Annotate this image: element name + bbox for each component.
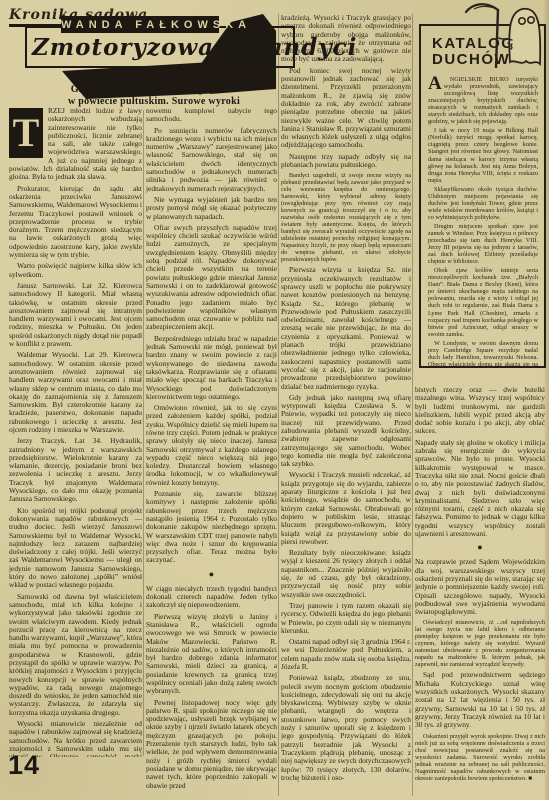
paragraph: W Londynie, w swoim dawnym domu przy Cam…: [428, 340, 538, 368]
paragraph: Sarnowski od dawna był właścicielem samo…: [9, 593, 142, 717]
paragraph: Wysocki i Traczyk musieli odczekać, aż k…: [281, 471, 411, 546]
paragraph: Rezultaty były nieoczekiwane: ksiądz wyj…: [281, 549, 411, 599]
paragraph: Sklasyfikowano około tysiąca duchów. Ulu…: [428, 186, 538, 221]
paragraph: Gdy jednak jako następną swą ofiarę wyty…: [281, 394, 411, 469]
column-rule: [412, 14, 413, 796]
paragraph: Sąd pod przewodnictwem sędziego Michała …: [415, 671, 545, 729]
column-rule: [278, 14, 279, 796]
paragraph: Pod koniec swej nocnej wizyty postanowil…: [281, 67, 411, 150]
paragraph: Bandyci uzgodnili, iż swoje nocne wizyty…: [281, 172, 411, 263]
paragraph: NGIELSKIE BIURO turystyki wydało przewod…: [428, 76, 538, 125]
article-column-4: bistych rzeczy oraz — dwie butelki mszal…: [415, 386, 545, 796]
paragraph: Waldemar Wysocki. Lat 29. Kierowca samoc…: [9, 351, 142, 434]
article-column-1: T RZEJ młodzi ludzie z ławy oskarżonych …: [9, 107, 142, 757]
article-column-2: nowemu kumplowi nabycie tego samochodu.P…: [146, 107, 277, 798]
paragraph: Obok zjaw królów istnieje seria nieszczę…: [428, 267, 538, 337]
paragraph: Oświadczył mianowicie, iż ...od najmłods…: [415, 619, 545, 668]
paragraph: Prokurator, kierując do sądu akt oskarże…: [9, 185, 142, 260]
ghost-cartoon: [452, 0, 548, 80]
paragraph: Następne trzy napady odbyły się na pleba…: [281, 153, 411, 170]
paragraph: kradzieżą. Wysocki i Traczyk grasujący p…: [281, 14, 411, 64]
paragraph: nowemu kumplowi nabycie tego samochodu.: [146, 107, 277, 124]
newspaper-page: Kronika sądowa WANDA FAŁKOWSKA Zmotoryzo…: [0, 0, 549, 800]
section-separator: ●: [415, 543, 545, 552]
paragraph: Pierwszą wizytę złożyli u Janiny i Stani…: [146, 613, 277, 696]
paragraph: Ostatni napad odbył się 3 grudnia 1964 r…: [281, 638, 411, 671]
paragraph: Pewnej listopadowej nocy więc gdy państw…: [146, 699, 277, 790]
paragraph: Napady stały się głośne w okolicy i mili…: [415, 439, 545, 539]
paragraph: W ciągu niecałych trzech tygodni bandyci…: [146, 585, 277, 610]
page-number: 14: [8, 750, 40, 781]
drop-cap-a: A: [428, 76, 442, 91]
column-rule: [143, 110, 144, 756]
paragraph: Janusz Sarnowski. Lat 32. Kierowca samoc…: [9, 282, 142, 348]
intro-line-1: Głośna sprawa napadów na plebanie: [71, 84, 238, 95]
paragraph: Jerzy Traczyk. Lat 34. Hydraulik, zatrud…: [9, 437, 142, 503]
paragraph: Ponieważ ksiądz, zbudzony ze snu, poleci…: [281, 674, 411, 782]
article-column-3: kradzieżą. Wysocki i Traczyk grasujący p…: [281, 14, 411, 798]
paragraph: Kto spośród tej trójki podsunął projekt …: [9, 507, 142, 590]
drop-cap-t: T: [9, 108, 43, 158]
paragraph: Ofiar swych przyszłych napadów trzej wsp…: [146, 224, 277, 332]
author-banner: WANDA FAŁKOWSKA: [61, 16, 219, 33]
sidebar-text: A NGIELSKIE BIURO turystyki wydało przew…: [428, 76, 538, 368]
paragraph: Na rozprawie przed Sądem Wojewódzkim dla…: [415, 558, 545, 616]
paragraph: Bezpośredniego udziału brać w napadzie j…: [146, 335, 277, 401]
ghost-with-scythe-icon: [452, 0, 548, 80]
paragraph: Po usunięciu numerów fabrycznych kradzio…: [146, 127, 277, 193]
paragraph: Pierwsza wizyta u księdza Sz. nie przyni…: [281, 266, 411, 390]
section-separator: ●: [146, 570, 277, 579]
paragraph: Omówiono również, jak to się czyni przed…: [146, 404, 277, 487]
paragraph: Trzej panowie i tym razem okazali się ry…: [281, 602, 411, 635]
headline: Zmotoryzowani bandyci: [32, 34, 280, 61]
intro-line-2: w powiecie pułtuskim. Surowe wyroki: [68, 96, 240, 107]
paragraph: I tak w nocy 19 maja w Bilking Hall (Nor…: [428, 127, 538, 183]
paragraph: Oskarżeni przyjęli wyrok spokojnie. Dwaj…: [415, 733, 545, 782]
paragraph: Nie wymaga wyjaśnień jak bardzo ten pros…: [146, 196, 277, 221]
paragraph: Warto poświęcić najpierw kilka słów ich …: [9, 262, 142, 279]
paragraph: Poznanie się, zawarcie bliższej komitywy…: [146, 490, 277, 565]
paragraph: bistych rzeczy oraz — dwie butelki mszal…: [415, 386, 545, 436]
paragraph: Drugim miejscem spotkań zjaw jest zamek …: [428, 223, 538, 265]
article-intro: Głośna sprawa napadów na plebanie w powi…: [32, 84, 276, 107]
